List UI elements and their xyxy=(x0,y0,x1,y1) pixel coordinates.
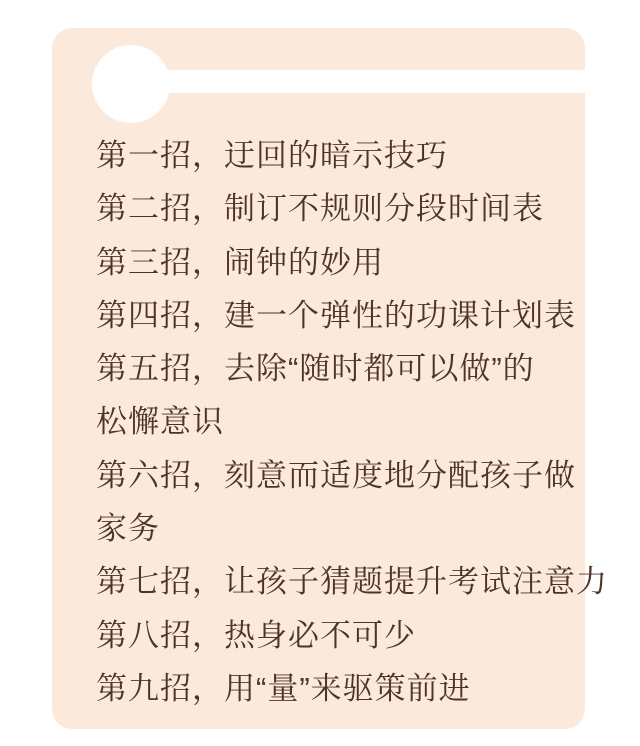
circle-bullet-decoration xyxy=(92,45,170,123)
page: 第一招，迂回的暗示技巧 第二招，制订不规则分段时间表 第三招，闹钟的妙用 第四招… xyxy=(0,0,640,746)
list-item: 第五招，去除“随时都可以做”的 松懈意识 xyxy=(96,342,585,449)
list-item: 第七招，让孩子猜题提升考试注意力 xyxy=(96,555,585,608)
list-item: 第九招，用“量”来驱策前进 xyxy=(96,662,585,715)
list-item: 第二招，制订不规则分段时间表 xyxy=(96,182,585,235)
tips-list: 第一招，迂回的暗示技巧 第二招，制订不规则分段时间表 第三招，闹钟的妙用 第四招… xyxy=(96,129,585,715)
content-card: 第一招，迂回的暗示技巧 第二招，制订不规则分段时间表 第三招，闹钟的妙用 第四招… xyxy=(52,28,585,729)
list-item: 第八招，热身必不可少 xyxy=(96,609,585,662)
list-item: 第一招，迂回的暗示技巧 xyxy=(96,129,585,182)
list-item: 第三招，闹钟的妙用 xyxy=(96,236,585,289)
horizontal-rule-decoration xyxy=(131,70,585,93)
list-item: 第四招，建一个弹性的功课计划表 xyxy=(96,289,585,342)
list-item: 第六招，刻意而适度地分配孩子做 家务 xyxy=(96,449,585,556)
